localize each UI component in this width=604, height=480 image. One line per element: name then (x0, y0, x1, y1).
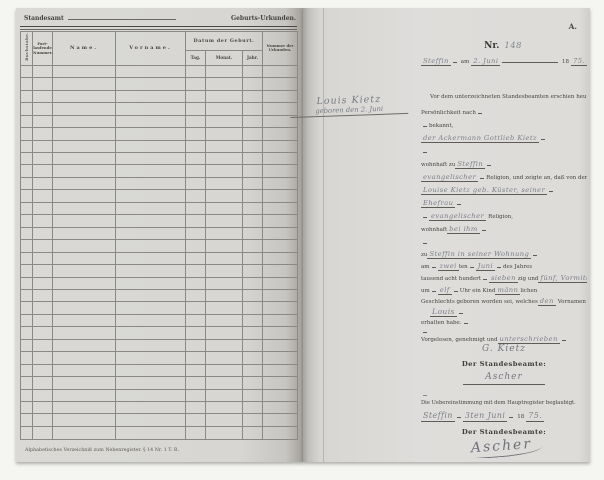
printed-text: Geschlechts geboren worden sei, welches (421, 299, 538, 306)
table-cell (53, 277, 116, 289)
table-cell (33, 78, 53, 90)
table-cell (33, 364, 53, 376)
table-cell (263, 389, 298, 401)
ruled-blank (432, 285, 436, 292)
table-row (21, 426, 298, 439)
table-cell (206, 115, 243, 127)
table-cell (116, 165, 186, 177)
table-cell (21, 314, 33, 326)
table-cell (186, 165, 206, 177)
year-ones-handwritten: fünf, Vormittags (538, 274, 587, 283)
table-cell (33, 352, 53, 364)
table-cell (21, 327, 33, 339)
printed-text: Religion, (488, 214, 513, 221)
binding-crease (323, 8, 324, 462)
table-cell (263, 265, 298, 277)
table-cell (243, 389, 263, 401)
registrar-label-2: Der Standesbeamte: (462, 428, 546, 436)
table-cell (206, 90, 243, 102)
table-cell (263, 377, 298, 389)
header-double-rule (20, 26, 297, 30)
religion-handwritten: evangelischer (421, 173, 478, 182)
dateline-century-label: 18 (562, 59, 569, 66)
record-number-line: Nr. 148 (421, 41, 587, 52)
table-cell (33, 289, 53, 301)
table-cell (33, 252, 53, 264)
table-cell (33, 90, 53, 102)
table-cell (21, 115, 33, 127)
table-cell (186, 227, 206, 239)
table-cell (206, 277, 243, 289)
ruled-blank (457, 198, 461, 205)
ruled-blank (482, 224, 486, 231)
table-cell (243, 289, 263, 301)
table-cell (263, 364, 298, 376)
printed-text: Religion, und zeigte an, daß von der (486, 175, 587, 182)
table-cell (263, 277, 298, 289)
table-cell (263, 65, 298, 77)
table-cell (186, 152, 206, 164)
printed-text: ten (459, 264, 468, 271)
table-cell (263, 402, 298, 414)
table-cell (53, 140, 116, 152)
ruled-blank (423, 389, 427, 396)
read-approved-line: Vorgelesen, genehmigt und unterschrieben (421, 334, 587, 344)
table-cell (116, 128, 186, 140)
table-row (21, 240, 298, 252)
table-cell (186, 339, 206, 351)
table-cell (186, 115, 206, 127)
table-cell (116, 78, 186, 90)
table-cell (243, 339, 263, 351)
table-cell (206, 302, 243, 314)
table-cell (53, 78, 116, 90)
table-row (21, 103, 298, 115)
table-row (21, 339, 298, 351)
table-cell (206, 140, 243, 152)
table-cell (243, 140, 263, 152)
form-line-blank (421, 326, 587, 333)
table-cell (53, 339, 116, 351)
table-row (21, 152, 298, 164)
table-cell (116, 177, 186, 189)
table-row (21, 202, 298, 214)
table-cell (243, 215, 263, 227)
form-line-birthday: am zwei ten Juni des Jahres (421, 261, 587, 271)
form-line-blank (421, 146, 587, 153)
standesamt-blank-line (68, 13, 176, 20)
standesamt-label: Standesamt (24, 15, 64, 22)
table-cell (53, 352, 116, 364)
table-cell (21, 289, 33, 301)
table-cell (243, 314, 263, 326)
form-line-1: Vor dem unterzeichneten Standesbeamten e… (421, 94, 587, 101)
ruled-blank (478, 107, 482, 114)
table-cell (53, 227, 116, 239)
registrar-label-line: Der Standesbeamte: (421, 360, 587, 368)
table-cell (263, 339, 298, 351)
registrar-flourish-signature: Ascher (465, 438, 543, 458)
ruled-blank (549, 185, 553, 192)
column-header-month: Monat. (206, 51, 243, 66)
form-line-mother-residence: wohnhaft bei ihm (421, 224, 587, 234)
table-cell (263, 414, 298, 426)
form-line-childname: Louis (421, 307, 587, 317)
table-cell (186, 65, 206, 77)
table-cell (21, 165, 33, 177)
table-row (21, 352, 298, 364)
table-cell (206, 314, 243, 326)
table-cell (243, 128, 263, 140)
table-cell (206, 177, 243, 189)
table-cell (21, 78, 33, 90)
table-row (21, 277, 298, 289)
table-cell (53, 289, 116, 301)
table-cell (186, 103, 206, 115)
nr-value-handwritten: 148 (502, 41, 523, 51)
table-cell (116, 202, 186, 214)
table-cell (33, 65, 53, 77)
table-cell (263, 177, 298, 189)
table-cell (243, 377, 263, 389)
printed-text: Uhr ein Kind (460, 288, 496, 295)
table-cell (243, 252, 263, 264)
table-cell (243, 426, 263, 439)
table-cell (243, 327, 263, 339)
printed-text: bekannt, (429, 123, 453, 130)
residence-handwritten: Steffin (455, 160, 485, 169)
birthplace-handwritten: Steffin in seiner Wohnung (427, 250, 531, 259)
printed-text: tausend acht hundert (421, 276, 481, 283)
register-type-label: Geburts-Urkunden. (231, 15, 296, 22)
table-row (21, 165, 298, 177)
table-cell (53, 314, 116, 326)
column-header-day: Tag. (186, 51, 206, 66)
table-cell (33, 128, 53, 140)
table-cell (263, 215, 298, 227)
table-row (21, 327, 298, 339)
ruled-blank (562, 334, 566, 341)
table-cell (186, 352, 206, 364)
table-cell (186, 190, 206, 202)
form-line-declarant: der Ackermann Gottlieb Kietz (421, 133, 587, 143)
wife-handwritten: Ehefrau (421, 199, 455, 208)
ruled-blank (459, 307, 463, 314)
table-row (21, 115, 298, 127)
table-cell (116, 252, 186, 264)
table-cell (263, 314, 298, 326)
table-cell (33, 202, 53, 214)
left-page-footnote: Alphabetisches Verzeichniß zum Nebenregi… (25, 448, 179, 453)
table-row (21, 364, 298, 376)
ruled-blank (502, 56, 558, 63)
mother-religion-handwritten: evangelischer (429, 212, 486, 221)
registrar-label: Der Standesbeamte: (462, 360, 546, 368)
table-cell (116, 277, 186, 289)
table-cell (53, 389, 116, 401)
table-cell (116, 240, 186, 252)
table-row (21, 128, 298, 140)
ruled-blank (423, 211, 427, 218)
table-cell (53, 426, 116, 439)
mother-residence-handwritten: bei ihm (447, 225, 480, 234)
right-page: A. Nr. 148 Steffin am 2. Juni 18 75. Vor… (303, 8, 590, 462)
attestation-text: Die Uebereinstimmung mit dem Hauptregist… (421, 400, 576, 406)
table-cell (116, 364, 186, 376)
birth-hour-handwritten: elf (438, 286, 452, 295)
attest-place-handwritten: Steffin (421, 411, 455, 422)
year-tens-handwritten: sieben (489, 274, 518, 283)
table-cell (186, 177, 206, 189)
table-cell (206, 252, 243, 264)
printed-text: um (421, 288, 430, 295)
index-table-head: Buchstabe. Fort- laufende Nummer. Name. … (21, 32, 298, 66)
table-row (21, 314, 298, 326)
table-cell (263, 202, 298, 214)
table-cell (53, 202, 116, 214)
table-cell (243, 115, 263, 127)
page-letter: A. (569, 22, 577, 31)
printed-text: lichen (520, 288, 537, 295)
table-cell (206, 414, 243, 426)
attestation-dateline: Steffin 3ten Juni 18 75. (421, 411, 587, 422)
table-cell (186, 414, 206, 426)
table-cell (243, 177, 263, 189)
table-cell (21, 152, 33, 164)
registrar-signature: Ascher (463, 372, 545, 385)
table-cell (33, 277, 53, 289)
table-cell (53, 165, 116, 177)
table-cell (263, 128, 298, 140)
printed-text: Persönlichkeit nach (421, 110, 476, 117)
declarant-signature: G. Kietz (482, 344, 526, 355)
table-cell (33, 165, 53, 177)
table-cell (53, 190, 116, 202)
table-cell (186, 265, 206, 277)
table-row (21, 65, 298, 77)
table-cell (206, 78, 243, 90)
table-cell (21, 177, 33, 189)
table-cell (116, 115, 186, 127)
printed-text: Vornamen (558, 299, 586, 306)
table-cell (53, 128, 116, 140)
table-cell (21, 414, 33, 426)
ruled-blank (432, 261, 436, 268)
table-cell (116, 389, 186, 401)
ruled-blank (464, 317, 468, 324)
birth-day-handwritten: zwei (438, 262, 459, 271)
table-cell (263, 426, 298, 439)
table-cell (33, 215, 53, 227)
table-cell (263, 327, 298, 339)
table-cell (243, 190, 263, 202)
table-cell (243, 277, 263, 289)
table-cell (263, 227, 298, 239)
table-cell (206, 240, 243, 252)
dateline-year-handwritten: 75. (571, 57, 587, 66)
table-cell (21, 240, 33, 252)
table-cell (243, 227, 263, 239)
table-cell (116, 302, 186, 314)
table-cell (21, 215, 33, 227)
table-cell (53, 103, 116, 115)
table-cell (186, 90, 206, 102)
form-line-birthtime: um elf Uhr ein Kind männ lichen (421, 285, 587, 295)
table-cell (33, 140, 53, 152)
table-cell (186, 277, 206, 289)
table-cell (53, 152, 116, 164)
table-cell (186, 389, 206, 401)
table-row (21, 389, 298, 401)
table-cell (206, 227, 243, 239)
table-cell (206, 364, 243, 376)
table-cell (243, 302, 263, 314)
index-table: Buchstabe. Fort- laufende Nummer. Name. … (20, 31, 298, 440)
table-cell (263, 240, 298, 252)
ruled-blank (454, 285, 458, 292)
table-cell (21, 128, 33, 140)
table-cell (33, 227, 53, 239)
table-cell (186, 240, 206, 252)
table-cell (21, 202, 33, 214)
table-cell (33, 377, 53, 389)
table-cell (186, 302, 206, 314)
table-cell (21, 90, 33, 102)
table-cell (186, 314, 206, 326)
gutter-margin-note: Louis Kietz geboren den 2. Juni (290, 93, 409, 118)
table-cell (206, 352, 243, 364)
dateline-place-handwritten: Steffin (421, 57, 451, 66)
column-header-year: Jahr. (243, 51, 263, 66)
table-cell (53, 302, 116, 314)
table-row (21, 190, 298, 202)
table-cell (116, 90, 186, 102)
table-row (21, 227, 298, 239)
dateline-date-handwritten: 2. Juni (471, 57, 500, 66)
printed-text: des Jahres (503, 264, 532, 271)
table-cell (53, 90, 116, 102)
table-cell (21, 227, 33, 239)
table-cell (21, 65, 33, 77)
table-cell (206, 265, 243, 277)
table-cell (116, 215, 186, 227)
table-cell (33, 190, 53, 202)
ruled-blank (423, 146, 427, 153)
table-cell (243, 202, 263, 214)
ruled-blank (480, 172, 484, 179)
table-cell (186, 215, 206, 227)
declarant-signature-line: G. Kietz (421, 344, 587, 355)
table-row (21, 265, 298, 277)
table-cell (186, 289, 206, 301)
table-cell (53, 377, 116, 389)
table-cell (186, 202, 206, 214)
table-cell (186, 252, 206, 264)
table-cell (206, 339, 243, 351)
column-header-number: Fort- laufende Nummer. (33, 32, 53, 66)
table-cell (206, 402, 243, 414)
ruled-blank (497, 261, 501, 268)
table-cell (116, 140, 186, 152)
table-row (21, 177, 298, 189)
table-cell (116, 103, 186, 115)
table-cell (21, 140, 33, 152)
table-cell (33, 302, 53, 314)
form-line-3: bekannt, (421, 120, 587, 130)
table-cell (263, 252, 298, 264)
table-cell (53, 65, 116, 77)
table-row (21, 215, 298, 227)
form-line-birthplace: zu Steffin in seiner Wohnung (421, 249, 587, 259)
table-cell (263, 190, 298, 202)
form-line-wife: Ehefrau (421, 198, 587, 208)
table-cell (243, 265, 263, 277)
table-cell (33, 265, 53, 277)
table-cell (206, 289, 243, 301)
table-cell (263, 352, 298, 364)
table-row (21, 289, 298, 301)
table-cell (263, 165, 298, 177)
table-cell (116, 65, 186, 77)
registrar-flourish-line: Ascher (421, 438, 587, 458)
table-cell (186, 426, 206, 439)
ruled-blank (483, 273, 487, 280)
table-cell (206, 190, 243, 202)
article-handwritten: den (538, 297, 556, 306)
table-cell (116, 402, 186, 414)
table-cell (186, 78, 206, 90)
table-cell (33, 426, 53, 439)
registrar-signature-line: Ascher (421, 372, 587, 385)
printed-text: zig und (518, 276, 539, 283)
table-cell (243, 165, 263, 177)
table-cell (243, 103, 263, 115)
table-cell (243, 402, 263, 414)
table-cell (21, 277, 33, 289)
table-cell (116, 377, 186, 389)
ruled-blank (487, 159, 491, 166)
table-cell (243, 78, 263, 90)
table-cell (116, 339, 186, 351)
table-cell (243, 152, 263, 164)
attest-date-handwritten: 3ten Juni (463, 411, 507, 422)
form-line-mother-religion: evangelischer Religion, (421, 211, 587, 221)
table-row (21, 302, 298, 314)
table-cell (243, 90, 263, 102)
table-cell (206, 327, 243, 339)
printed-text: am (421, 264, 430, 271)
table-cell (21, 402, 33, 414)
table-cell (263, 289, 298, 301)
table-cell (116, 414, 186, 426)
place-date-line: Steffin am 2. Juni 18 75. (421, 56, 587, 66)
table-cell (21, 190, 33, 202)
table-cell (206, 215, 243, 227)
table-cell (33, 240, 53, 252)
table-cell (206, 152, 243, 164)
form-line-mother: Louise Kietz geb. Küster, seiner (421, 185, 587, 195)
column-header-letter: Buchstabe. (21, 32, 33, 66)
ruled-blank (453, 56, 457, 63)
table-cell (33, 402, 53, 414)
column-header-birthdate-group: Datum der Geburt. (186, 32, 263, 51)
table-row (21, 90, 298, 102)
table-cell (53, 402, 116, 414)
attestation-line: Die Uebereinstimmung mit dem Hauptregist… (421, 400, 587, 406)
table-row (21, 252, 298, 264)
table-cell (21, 426, 33, 439)
table-cell (116, 352, 186, 364)
